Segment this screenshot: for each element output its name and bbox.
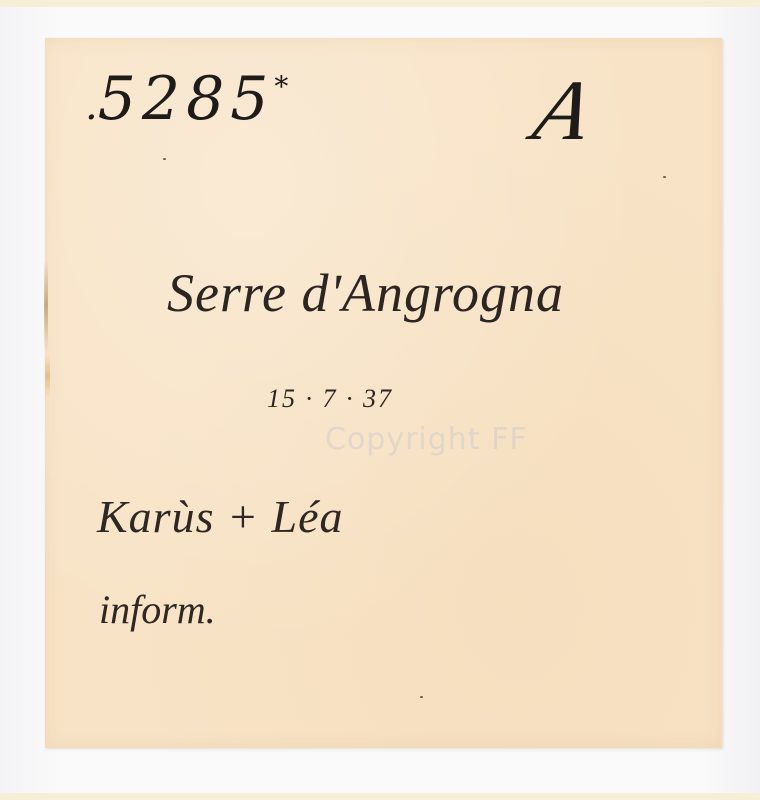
catalog-prefix-dot: .: [85, 83, 98, 129]
bottom-edge-strip: [0, 793, 760, 800]
catalog-number-value: 5285: [98, 64, 275, 134]
locality-text: Serre d'Angrogna: [167, 262, 564, 324]
star-icon: *: [274, 70, 288, 103]
collectors-text: Karùs + Léa: [97, 490, 344, 543]
paper-speck: [420, 696, 423, 698]
top-edge-strip: [0, 0, 760, 7]
copyright-watermark: Copyright FF: [325, 422, 528, 457]
note-text: inform.: [99, 586, 216, 633]
catalog-number: .5285*: [85, 64, 288, 134]
category-letter: A: [525, 60, 602, 160]
paper-speck: [163, 158, 166, 160]
paper-fold-mark: [44, 260, 48, 350]
collection-date: 15 · 7 · 37: [267, 384, 393, 414]
paper-stain-mark: [45, 356, 50, 396]
paper-speck: [663, 176, 666, 178]
specimen-label-paper: .5285* A Serre d'Angrogna 15 · 7 · 37 Ka…: [45, 38, 722, 748]
